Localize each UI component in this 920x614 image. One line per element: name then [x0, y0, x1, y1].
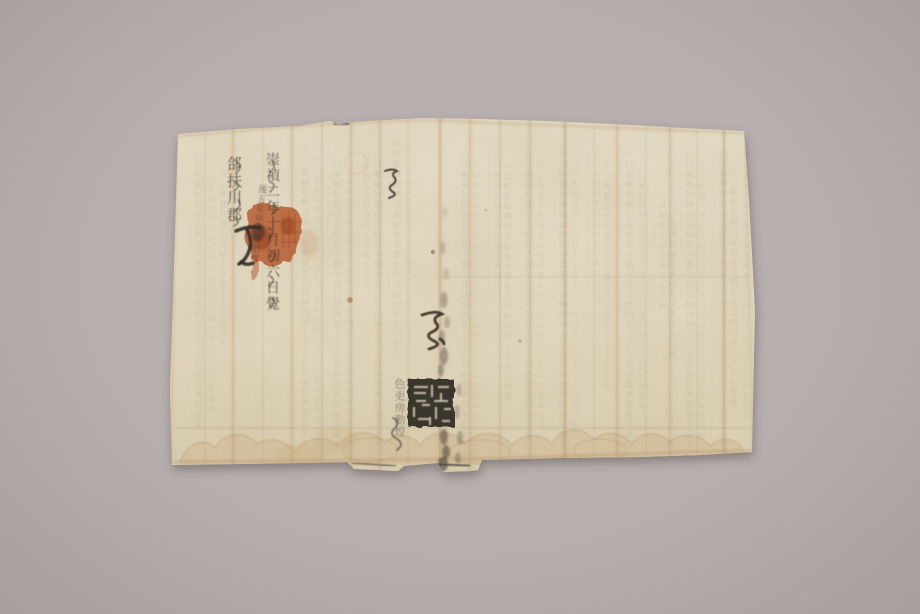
- document-photo: Antique handwritten manuscript document …: [0, 0, 920, 614]
- black-seal-stamp: square black seal impression: [408, 379, 454, 427]
- spot-stain: [347, 297, 353, 303]
- photograph-stage: Antique handwritten manuscript document …: [0, 0, 920, 614]
- red-seal-smear: [300, 230, 318, 258]
- spot-stain: [485, 209, 488, 212]
- spot-stain: [518, 339, 522, 343]
- spot-stain: [431, 250, 435, 254]
